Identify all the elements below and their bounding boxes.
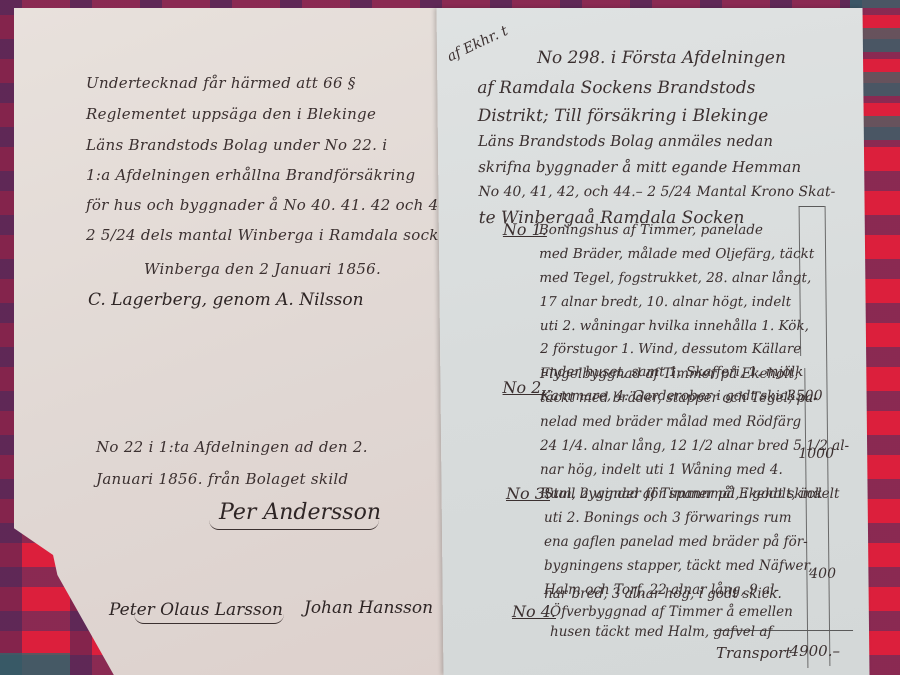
paragraph-line: för hus och byggnader å No 40. 41. 42 oc… [86, 196, 453, 214]
place-date: Winberga den 2 Januari 1856. [144, 260, 381, 278]
left-document-sheet: Undertecknad får härmed att 66 § Regleme… [14, 8, 448, 675]
item-line: nar bred, 3 alnar hög, i godt skick. [544, 586, 782, 602]
item-line: Öfverbyggnad af Timmer å emellen [550, 604, 793, 620]
tablecloth-teal-accent-bottom [0, 653, 70, 675]
signature-flourish [209, 520, 379, 530]
right-document-bottom: nar bred, 3 alnar hög, i godt skick. No … [440, 0, 866, 675]
witness-flourish [134, 614, 284, 624]
transport-total: 4900.– [780, 642, 840, 660]
paragraph-line: 1:a Afdelningen erhållna Brandförsäkring [86, 166, 415, 184]
paragraph-line: Reglementet uppsäga den i Blekinge [86, 105, 376, 123]
witness-signature-2: Johan Hansson [304, 598, 433, 618]
note-line: Januari 1856. från Bolaget skild [96, 470, 348, 488]
paragraph-line: Läns Brandstods Bolag under No 22. i [86, 136, 387, 154]
note-line: No 22 i 1:ta Afdelningen ad den 2. [96, 438, 368, 456]
item-line: husen täckt med Halm, gafvel af [550, 624, 772, 640]
signature-lagerberg: C. Lagerberg, genom A. Nilsson [88, 290, 364, 310]
paragraph-line: Undertecknad får härmed att 66 § [86, 74, 356, 92]
paragraph-line: 2 5/24 dels mantal Winberga i Ramdala so… [86, 226, 458, 244]
